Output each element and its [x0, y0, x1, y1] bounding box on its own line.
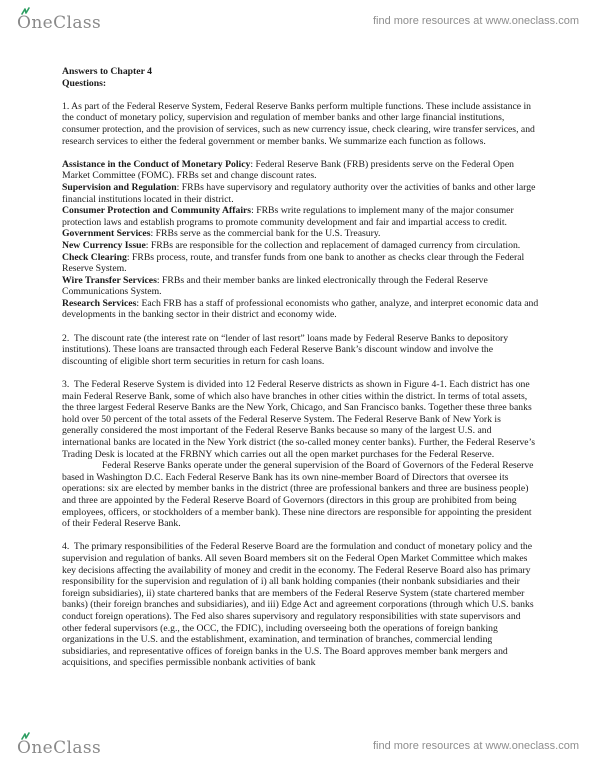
- function-term: Consumer Protection and Community Affair…: [62, 205, 251, 216]
- function-item: Government Services: FRBs serve as the c…: [62, 228, 539, 240]
- logo-text: OneClass: [17, 13, 101, 33]
- function-term: Government Services: [62, 228, 151, 239]
- function-item: Wire Transfer Services: FRBs and their m…: [62, 275, 539, 298]
- oneclass-logo: OneClass: [17, 8, 101, 35]
- document-body: Answers to Chapter 4 Questions: 1. As pa…: [62, 66, 539, 680]
- footer-resources-link[interactable]: find more resources at www.oneclass.com: [373, 740, 579, 752]
- answer-paragraph-1: 1. As part of the Federal Reserve System…: [62, 101, 539, 147]
- function-term: New Currency Issue: [62, 240, 146, 251]
- function-definition: : FRBs serve as the commercial bank for …: [151, 228, 381, 239]
- header-resources-link[interactable]: find more resources at www.oneclass.com: [373, 15, 579, 27]
- page-header: OneClass find more resources at www.onec…: [17, 8, 579, 35]
- leaf-icon: [20, 7, 32, 16]
- logo-text: OneClass: [17, 738, 101, 758]
- answer-paragraph-3: 3. The Federal Reserve System is divided…: [62, 379, 539, 460]
- doc-subtitle: Questions:: [62, 78, 539, 90]
- function-term: Wire Transfer Services: [62, 275, 157, 286]
- function-item: Research Services: Each FRB has a staff …: [62, 298, 539, 321]
- function-definition: : FRBs process, route, and transfer fund…: [62, 252, 527, 275]
- page-footer: OneClass find more resources at www.onec…: [17, 733, 579, 760]
- oneclass-logo-footer: OneClass: [17, 733, 101, 760]
- answer-paragraph-2: 2. The discount rate (the interest rate …: [62, 333, 539, 368]
- function-term: Supervision and Regulation: [62, 182, 177, 193]
- answer-paragraph-3-continued: Federal Reserve Banks operate under the …: [62, 460, 539, 530]
- function-term: Research Services: [62, 298, 136, 309]
- function-item: Assistance in the Conduct of Monetary Po…: [62, 159, 539, 182]
- function-item: Supervision and Regulation: FRBs have su…: [62, 182, 539, 205]
- function-term: Assistance in the Conduct of Monetary Po…: [62, 159, 250, 170]
- functions-list: Assistance in the Conduct of Monetary Po…: [62, 159, 539, 321]
- function-item: New Currency Issue: FRBs are responsible…: [62, 240, 539, 252]
- function-item: Consumer Protection and Community Affair…: [62, 205, 539, 228]
- leaf-icon: [20, 732, 32, 741]
- function-term: Check Clearing: [62, 252, 127, 263]
- doc-title: Answers to Chapter 4: [62, 66, 539, 78]
- function-item: Check Clearing: FRBs process, route, and…: [62, 252, 539, 275]
- document-page: OneClass find more resources at www.onec…: [0, 0, 595, 770]
- answer-paragraph-4: 4. The primary responsibilities of the F…: [62, 541, 539, 669]
- function-definition: : FRBs are responsible for the collectio…: [146, 240, 520, 251]
